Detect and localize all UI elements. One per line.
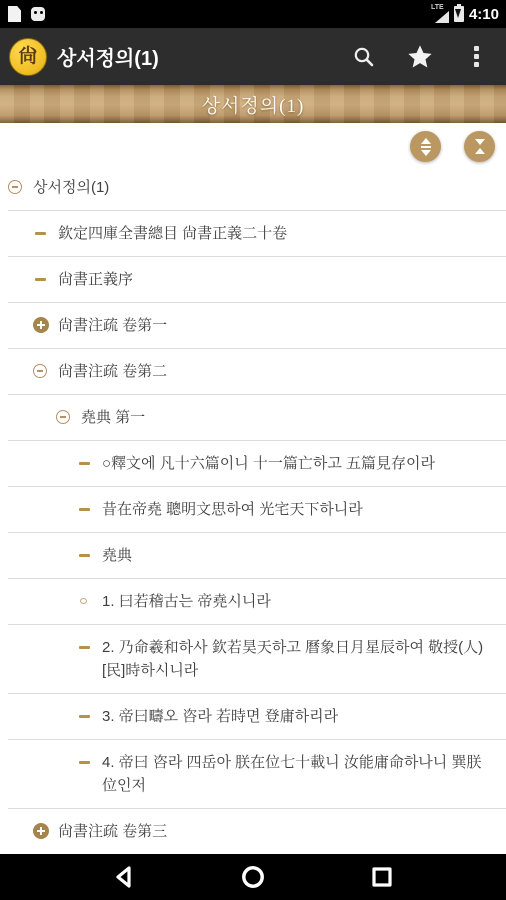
tree-item-label: 4. 帝曰 咨라 四岳아 朕在位七十載니 汝能庸命하나니 巽朕位인저 bbox=[102, 751, 496, 797]
back-icon bbox=[112, 865, 136, 889]
tree-item[interactable]: 尙書注疏 卷第一 bbox=[8, 303, 506, 349]
dash-icon bbox=[33, 222, 50, 245]
banner-title: 상서정의(1) bbox=[202, 91, 305, 118]
tree-item-label: 堯典 第一 bbox=[81, 406, 145, 429]
tree-item-label: 尙書注疏 卷第三 bbox=[58, 820, 167, 843]
status-bar: LTE 4:10 bbox=[0, 0, 506, 28]
search-button[interactable] bbox=[342, 35, 386, 79]
android-nav-bar bbox=[0, 854, 506, 900]
unfold-arrows-icon bbox=[421, 138, 431, 144]
dash-icon bbox=[77, 452, 94, 475]
tree-list: 상서정의(1) 欽定四庫全書總目 尙書正義二十卷 尙書正義序 尙書注疏 卷第一 … bbox=[0, 123, 506, 854]
dash-icon bbox=[33, 268, 50, 291]
battery-charging-icon bbox=[454, 6, 464, 22]
collapse-icon[interactable] bbox=[56, 406, 73, 429]
app-logo-icon: 尙 bbox=[9, 38, 47, 76]
tree-item-label: 2. 乃命羲和하사 欽若昊天하고 曆象日月星辰하여 敬授(人)[民]時하시니라 bbox=[102, 636, 496, 682]
sd-card-icon bbox=[8, 6, 21, 22]
tree-item[interactable]: 堯典 bbox=[8, 533, 506, 579]
clock: 4:10 bbox=[469, 6, 499, 23]
overflow-menu-button[interactable] bbox=[454, 35, 498, 79]
app-bar: 尙 상서정의(1) bbox=[0, 28, 506, 85]
usb-debug-icon bbox=[31, 7, 45, 21]
tree-item-label: 尙書注疏 卷第一 bbox=[58, 314, 167, 337]
toggle-expand-button[interactable] bbox=[410, 131, 441, 162]
tree-item[interactable]: 3. 帝曰疇오 咨라 若時면 登庸하리라 bbox=[8, 694, 506, 740]
tree-item-label: 欽定四庫全書總目 尙書正義二十卷 bbox=[58, 222, 287, 245]
tree-item-label: 3. 帝曰疇오 咨라 若時면 登庸하리라 bbox=[102, 705, 338, 728]
tree-item-label: 1. 曰若稽古는 帝堯시니라 bbox=[102, 590, 271, 613]
home-button[interactable] bbox=[223, 857, 283, 897]
tree-item[interactable]: 尙書正義序 bbox=[8, 257, 506, 303]
recents-button[interactable] bbox=[352, 857, 412, 897]
tree-item[interactable]: 상서정의(1) bbox=[8, 165, 506, 211]
tree-item[interactable]: 2. 乃命羲和하사 欽若昊天하고 曆象日月星辰하여 敬授(人)[民]時하시니라 bbox=[8, 625, 506, 694]
dash-icon bbox=[77, 544, 94, 567]
tree-item[interactable]: 尙書注疏 卷第三 bbox=[8, 809, 506, 854]
collapse-icon[interactable] bbox=[33, 360, 50, 383]
favorite-button[interactable] bbox=[398, 35, 442, 79]
tree-item-label: 昔在帝堯 聰明文思하여 光宅天下하니라 bbox=[102, 498, 363, 521]
tree-item-label: ○釋文에 凡十六篇이니 十一篇亡하고 五篇見存이라 bbox=[102, 452, 435, 475]
tree-item[interactable]: ○釋文에 凡十六篇이니 十一篇亡하고 五篇見存이라 bbox=[8, 441, 506, 487]
dash-icon bbox=[77, 636, 94, 659]
star-icon bbox=[406, 43, 434, 71]
collapse-all-button[interactable] bbox=[464, 131, 495, 162]
search-icon bbox=[352, 45, 376, 69]
book-title-banner: 상서정의(1) bbox=[0, 85, 506, 123]
tree-item[interactable]: 4. 帝曰 咨라 四岳아 朕在位七十載니 汝能庸命하나니 巽朕位인저 bbox=[8, 740, 506, 809]
tree-item[interactable]: 昔在帝堯 聰明文思하여 光宅天下하니라 bbox=[8, 487, 506, 533]
phone-screen: LTE 4:10 尙 상서정의(1) bbox=[0, 0, 506, 900]
toc-scroll-area[interactable]: 상서정의(1) 欽定四庫全書總目 尙書正義二十卷 尙書正義序 尙書注疏 卷第一 … bbox=[0, 123, 506, 854]
overflow-menu-icon bbox=[474, 46, 479, 67]
cellular-signal-icon: LTE bbox=[431, 6, 449, 23]
tree-item[interactable]: 1. 曰若稽古는 帝堯시니라 bbox=[8, 579, 506, 625]
expand-icon[interactable] bbox=[33, 820, 50, 843]
tree-item-label: 상서정의(1) bbox=[33, 176, 109, 199]
dash-icon bbox=[77, 705, 94, 728]
tree-item-label: 堯典 bbox=[102, 544, 132, 567]
home-icon bbox=[240, 864, 266, 890]
recents-icon bbox=[370, 865, 394, 889]
tree-item[interactable]: 尙書注疏 卷第二 bbox=[8, 349, 506, 395]
collapse-icon[interactable] bbox=[8, 176, 25, 199]
circle-icon bbox=[77, 590, 94, 613]
expand-icon[interactable] bbox=[33, 314, 50, 337]
dash-icon bbox=[77, 751, 94, 774]
tree-item[interactable]: 堯典 第一 bbox=[8, 395, 506, 441]
tree-item[interactable]: 欽定四庫全書總目 尙書正義二十卷 bbox=[8, 211, 506, 257]
tree-item-label: 尙書注疏 卷第二 bbox=[58, 360, 167, 383]
collapse-arrows-icon bbox=[475, 139, 485, 145]
dash-icon bbox=[77, 498, 94, 521]
back-button[interactable] bbox=[94, 857, 154, 897]
app-title: 상서정의(1) bbox=[57, 42, 342, 71]
tree-item-label: 尙書正義序 bbox=[58, 268, 133, 291]
